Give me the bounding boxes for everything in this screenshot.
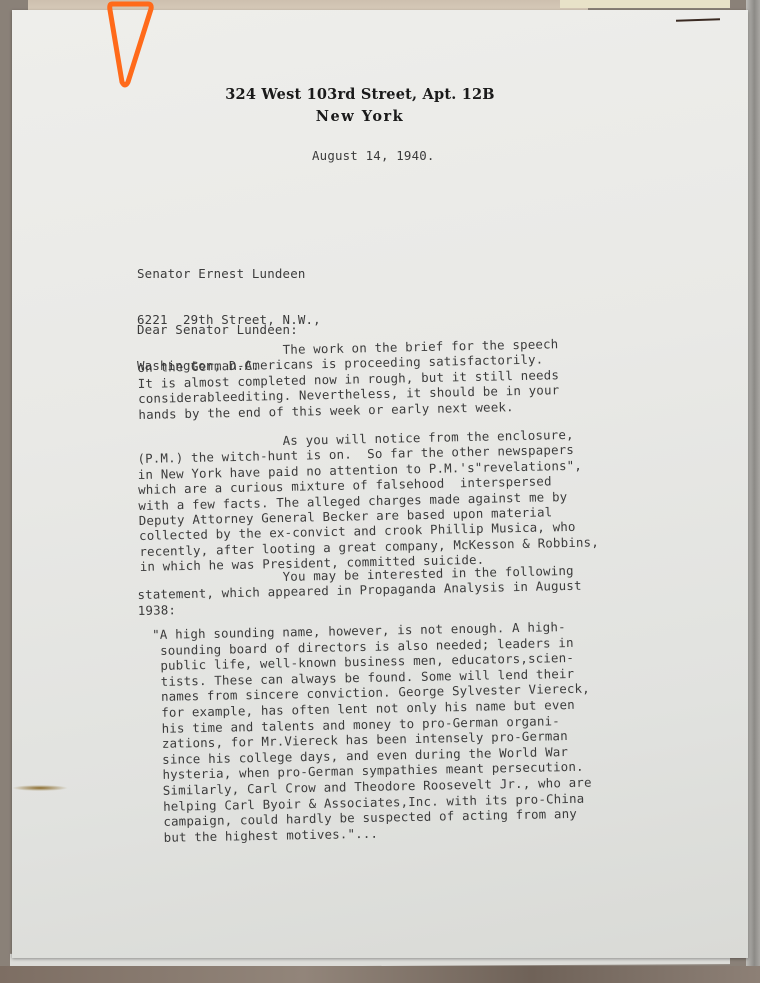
paragraph-2: As you will notice from the enclosure,(P… (137, 426, 599, 574)
quotation-block: "A high sounding name, however, is not e… (152, 619, 593, 846)
table-surface (0, 966, 760, 983)
underlying-yellow-page (560, 0, 730, 8)
paragraph-3: You may be interested in the followingst… (137, 563, 582, 619)
stack-edge (746, 0, 760, 966)
letterhead-street: 324 West 103rd Street, Apt. 12B (0, 86, 740, 103)
letterhead-city: New York (0, 108, 740, 125)
stain-mark (12, 785, 68, 791)
paper-clip-icon (106, 0, 156, 92)
letter-date: August 14, 1940. (312, 148, 435, 163)
paragraph-1: The work on the brief for the speechon t… (137, 336, 560, 422)
salutation: Dear Senator Lundeen: (137, 322, 298, 337)
recipient-name: Senator Ernest Lundeen (137, 266, 321, 281)
